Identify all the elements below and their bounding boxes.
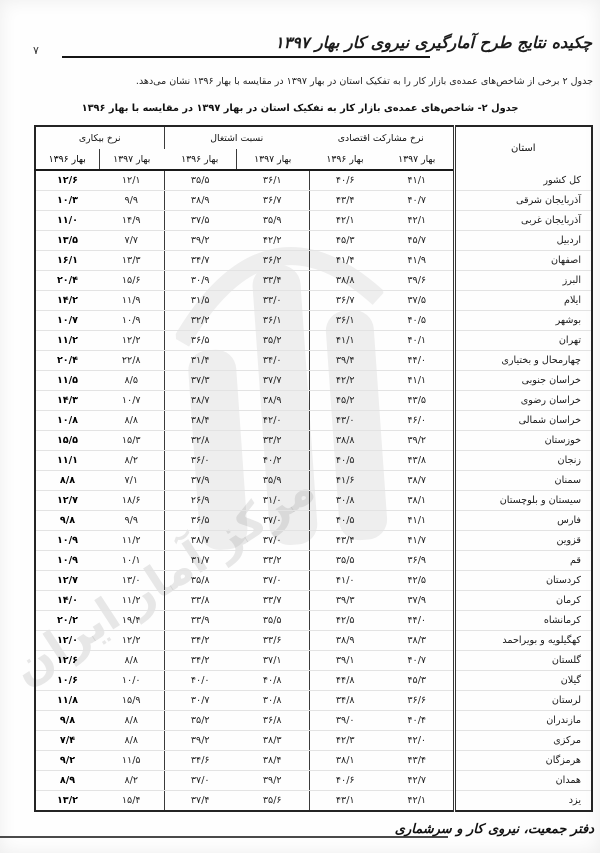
province-name: اصفهان (454, 251, 592, 271)
unemployment-1397: ۸/۸ (99, 651, 164, 671)
participation-1397: ۳۹/۶ (381, 271, 454, 291)
table-row: کرمانشاه ۴۴/۰ ۴۲/۵ ۳۵/۵ ۳۳/۹ ۱۹/۴ ۲۰/۲ (35, 611, 592, 631)
table-row: یزد ۴۲/۱ ۴۳/۱ ۳۵/۶ ۳۷/۴ ۱۵/۴ ۱۳/۲ (35, 791, 592, 812)
province-name: خراسان جنوبی (454, 371, 592, 391)
employment-1397: ۳۳/۶ (236, 631, 309, 651)
province-name: کرمان (454, 591, 592, 611)
participation-1396: ۴۲/۳ (309, 731, 381, 751)
employment-1396: ۳۴/۷ (164, 251, 236, 271)
unemployment-1396: ۱۱/۸ (35, 691, 99, 711)
employment-1396: ۳۵/۲ (164, 711, 236, 731)
employment-1396: ۳۹/۲ (164, 731, 236, 751)
subheader-employment-spring97: بهار ۱۳۹۷ (236, 149, 309, 170)
participation-1397: ۳۸/۱ (381, 491, 454, 511)
employment-1397: ۳۸/۴ (236, 751, 309, 771)
unemployment-1397: ۱۹/۴ (99, 611, 164, 631)
table-row: سمنان ۳۸/۷ ۴۱/۶ ۳۵/۹ ۳۷/۹ ۷/۱ ۸/۸ (35, 471, 592, 491)
subheader-unemployment-spring96: بهار ۱۳۹۶ (35, 149, 99, 170)
unemployment-1397: ۸/۸ (99, 711, 164, 731)
table-row: اردبیل ۴۵/۷ ۴۵/۳ ۴۲/۲ ۳۹/۲ ۷/۷ ۱۳/۵ (35, 231, 592, 251)
province-name: خوزستان (454, 431, 592, 451)
header-employment-ratio: نسبت اشتغال (164, 126, 309, 149)
employment-1397: ۳۳/۰ (236, 291, 309, 311)
province-name: اردبیل (454, 231, 592, 251)
employment-1397: ۳۳/۲ (236, 431, 309, 451)
participation-1397: ۴۲/۱ (381, 791, 454, 812)
participation-1397: ۴۱/۱ (381, 511, 454, 531)
table-row: مازندران ۴۰/۴ ۳۹/۰ ۳۶/۸ ۳۵/۲ ۸/۸ ۹/۸ (35, 711, 592, 731)
province-name: سمنان (454, 471, 592, 491)
employment-1397: ۳۶/۱ (236, 311, 309, 331)
table-row: کردستان ۴۲/۵ ۴۱/۰ ۳۷/۰ ۳۵/۸ ۱۳/۰ ۱۲/۷ (35, 571, 592, 591)
unemployment-1396: ۸/۹ (35, 771, 99, 791)
participation-1396: ۴۳/۱ (309, 791, 381, 812)
unemployment-1396: ۱۲/۷ (35, 571, 99, 591)
employment-1396: ۳۰/۹ (164, 271, 236, 291)
table-row: قزوین ۴۱/۷ ۴۳/۴ ۳۷/۰ ۳۸/۷ ۱۱/۲ ۱۰/۹ (35, 531, 592, 551)
province-name: چهارمحال و بختیاری (454, 351, 592, 371)
table-row: لرستان ۳۶/۶ ۳۴/۸ ۳۰/۸ ۳۰/۷ ۱۵/۹ ۱۱/۸ (35, 691, 592, 711)
table-row: گیلان ۴۵/۳ ۴۴/۸ ۴۰/۸ ۴۰/۰ ۱۰/۰ ۱۰/۶ (35, 671, 592, 691)
province-name: قم (454, 551, 592, 571)
employment-1396: ۳۲/۲ (164, 311, 236, 331)
participation-1396: ۴۵/۳ (309, 231, 381, 251)
participation-1397: ۴۶/۰ (381, 411, 454, 431)
table-row: البرز ۳۹/۶ ۳۸/۸ ۳۳/۴ ۳۰/۹ ۱۵/۶ ۲۰/۴ (35, 271, 592, 291)
province-name: لرستان (454, 691, 592, 711)
unemployment-1396: ۱۰/۹ (35, 531, 99, 551)
participation-1396: ۳۶/۱ (309, 311, 381, 331)
employment-1397: ۳۵/۹ (236, 471, 309, 491)
participation-1396: ۳۹/۳ (309, 591, 381, 611)
participation-1397: ۴۴/۰ (381, 611, 454, 631)
employment-1397: ۳۱/۰ (236, 491, 309, 511)
unemployment-1397: ۹/۹ (99, 511, 164, 531)
participation-1396: ۳۸/۱ (309, 751, 381, 771)
unemployment-1397: ۱۴/۹ (99, 211, 164, 231)
header-participation-rate: نرخ مشارکت اقتصادی (309, 126, 454, 149)
table-row: گلستان ۴۰/۷ ۳۹/۱ ۳۷/۱ ۳۴/۲ ۸/۸ ۱۲/۶ (35, 651, 592, 671)
unemployment-1396: ۱۶/۱ (35, 251, 99, 271)
employment-1397: ۴۰/۸ (236, 671, 309, 691)
employment-1397: ۴۲/۲ (236, 231, 309, 251)
employment-1397: ۳۷/۱ (236, 651, 309, 671)
employment-1396: ۳۱/۷ (164, 551, 236, 571)
employment-1397: ۳۶/۷ (236, 191, 309, 211)
province-name: قزوین (454, 531, 592, 551)
employment-1396: ۴۰/۰ (164, 671, 236, 691)
participation-1397: ۴۰/۱ (381, 331, 454, 351)
unemployment-1396: ۱۱/۰ (35, 211, 99, 231)
province-name: البرز (454, 271, 592, 291)
employment-1397: ۳۳/۴ (236, 271, 309, 291)
table-row: هرمزگان ۴۳/۴ ۳۸/۱ ۳۸/۴ ۳۴/۶ ۱۱/۵ ۹/۲ (35, 751, 592, 771)
participation-1397: ۳۶/۹ (381, 551, 454, 571)
province-name: کرمانشاه (454, 611, 592, 631)
province-name: کل کشور (454, 170, 592, 191)
employment-1396: ۳۷/۴ (164, 791, 236, 812)
participation-1397: ۴۳/۴ (381, 751, 454, 771)
employment-1397: ۳۵/۵ (236, 611, 309, 631)
unemployment-1396: ۱۰/۸ (35, 411, 99, 431)
employment-1397: ۳۶/۸ (236, 711, 309, 731)
participation-1397: ۳۷/۹ (381, 591, 454, 611)
participation-1397: ۴۲/۷ (381, 771, 454, 791)
unemployment-1397: ۱۳/۰ (99, 571, 164, 591)
employment-1397: ۳۵/۲ (236, 331, 309, 351)
document-page: چکیده نتایج طرح آمارگیری نیروی کار بهار … (0, 0, 600, 853)
unemployment-1397: ۱۵/۳ (99, 431, 164, 451)
participation-1396: ۳۸/۹ (309, 631, 381, 651)
unemployment-1396: ۱۰/۳ (35, 191, 99, 211)
participation-1396: ۴۱/۴ (309, 251, 381, 271)
table-row: خراسان رضوی ۴۳/۵ ۴۵/۲ ۳۸/۹ ۳۸/۷ ۱۰/۷ ۱۴/… (35, 391, 592, 411)
employment-1397: ۳۸/۳ (236, 731, 309, 751)
participation-1396: ۳۹/۰ (309, 711, 381, 731)
unemployment-1396: ۹/۲ (35, 751, 99, 771)
unemployment-1396: ۱۰/۷ (35, 311, 99, 331)
document-title: چکیده نتایج طرح آمارگیری نیروی کار بهار … (160, 33, 592, 52)
footer-rule (0, 836, 448, 838)
employment-1396: ۳۳/۹ (164, 611, 236, 631)
participation-1396: ۴۳/۰ (309, 411, 381, 431)
participation-1397: ۴۱/۹ (381, 251, 454, 271)
unemployment-1396: ۱۴/۰ (35, 591, 99, 611)
unemployment-1396: ۱۴/۳ (35, 391, 99, 411)
employment-1396: ۳۴/۲ (164, 631, 236, 651)
participation-1396: ۴۲/۲ (309, 371, 381, 391)
employment-1396: ۳۵/۸ (164, 571, 236, 591)
participation-1396: ۳۹/۱ (309, 651, 381, 671)
participation-1397: ۴۲/۵ (381, 571, 454, 591)
participation-1397: ۴۱/۱ (381, 371, 454, 391)
participation-1397: ۴۵/۷ (381, 231, 454, 251)
employment-1397: ۳۷/۷ (236, 371, 309, 391)
employment-1396: ۳۱/۴ (164, 351, 236, 371)
employment-1397: ۳۳/۷ (236, 591, 309, 611)
employment-1396: ۳۸/۴ (164, 411, 236, 431)
table-caption: جدول ۲- شاخص‌های عمده‌ی بازار کار به تفک… (0, 103, 600, 114)
table-body: کل کشور ۴۱/۱ ۴۰/۶ ۳۶/۱ ۳۵/۵ ۱۲/۱ ۱۲/۶ آذ… (35, 170, 592, 811)
unemployment-1397: ۱۱/۲ (99, 531, 164, 551)
unemployment-1396: ۷/۴ (35, 731, 99, 751)
subheader-unemployment-spring97: بهار ۱۳۹۷ (99, 149, 164, 170)
indicators-table-wrap: استان نرخ مشارکت اقتصادی نسبت اشتغال نرخ… (34, 125, 593, 812)
header-rule (62, 56, 430, 58)
employment-1397: ۳۵/۹ (236, 211, 309, 231)
participation-1396: ۴۰/۵ (309, 451, 381, 471)
unemployment-1396: ۱۱/۲ (35, 331, 99, 351)
subheader-participation-spring97: بهار ۱۳۹۷ (381, 149, 454, 170)
employment-1396: ۳۹/۲ (164, 231, 236, 251)
intro-paragraph: جدول ۲ برخی از شاخص‌های عمده‌ی بازار کار… (7, 76, 593, 87)
unemployment-1397: ۱۰/۰ (99, 671, 164, 691)
province-name: زنجان (454, 451, 592, 471)
province-name: سیستان و بلوچستان (454, 491, 592, 511)
province-name: آذربایجان غربی (454, 211, 592, 231)
unemployment-1397: ۹/۹ (99, 191, 164, 211)
table-row: بوشهر ۴۰/۵ ۳۶/۱ ۳۶/۱ ۳۲/۲ ۱۰/۹ ۱۰/۷ (35, 311, 592, 331)
employment-1396: ۳۴/۶ (164, 751, 236, 771)
province-name: یزد (454, 791, 592, 812)
unemployment-1397: ۱۱/۵ (99, 751, 164, 771)
province-name: آذربایجان شرقی (454, 191, 592, 211)
table-row: ایلام ۳۷/۵ ۳۶/۷ ۳۳/۰ ۳۱/۵ ۱۱/۹ ۱۴/۲ (35, 291, 592, 311)
unemployment-1396: ۱۰/۶ (35, 671, 99, 691)
province-name: مرکزی (454, 731, 592, 751)
unemployment-1396: ۱۳/۲ (35, 791, 99, 812)
employment-1396: ۳۷/۰ (164, 771, 236, 791)
table-row: کل کشور ۴۱/۱ ۴۰/۶ ۳۶/۱ ۳۵/۵ ۱۲/۱ ۱۲/۶ (35, 170, 592, 191)
footer-office-name: دفتر جمعیت، نیروی کار و سرشماری (452, 822, 594, 837)
unemployment-1396: ۸/۸ (35, 471, 99, 491)
province-name: همدان (454, 771, 592, 791)
province-name: خراسان شمالی (454, 411, 592, 431)
participation-1396: ۴۴/۸ (309, 671, 381, 691)
employment-1397: ۳۵/۶ (236, 791, 309, 812)
participation-1396: ۴۲/۱ (309, 211, 381, 231)
participation-1397: ۳۶/۶ (381, 691, 454, 711)
unemployment-1397: ۱۵/۶ (99, 271, 164, 291)
table-row: اصفهان ۴۱/۹ ۴۱/۴ ۳۶/۲ ۳۴/۷ ۱۳/۳ ۱۶/۱ (35, 251, 592, 271)
province-name: مازندران (454, 711, 592, 731)
table-row: خراسان شمالی ۴۶/۰ ۴۳/۰ ۴۲/۰ ۳۸/۴ ۸/۸ ۱۰/… (35, 411, 592, 431)
unemployment-1397: ۱۸/۶ (99, 491, 164, 511)
province-name: فارس (454, 511, 592, 531)
employment-1397: ۳۷/۰ (236, 531, 309, 551)
unemployment-1396: ۹/۸ (35, 511, 99, 531)
province-name: ایلام (454, 291, 592, 311)
unemployment-1397: ۸/۲ (99, 451, 164, 471)
participation-1397: ۴۰/۵ (381, 311, 454, 331)
unemployment-1397: ۱۳/۳ (99, 251, 164, 271)
unemployment-1396: ۲۰/۲ (35, 611, 99, 631)
unemployment-1397: ۱۵/۹ (99, 691, 164, 711)
employment-1397: ۳۳/۲ (236, 551, 309, 571)
unemployment-1397: ۱۰/۷ (99, 391, 164, 411)
province-name: گلستان (454, 651, 592, 671)
table-row: خراسان جنوبی ۴۱/۱ ۴۲/۲ ۳۷/۷ ۳۷/۳ ۸/۵ ۱۱/… (35, 371, 592, 391)
employment-1396: ۳۳/۸ (164, 591, 236, 611)
participation-1396: ۴۱/۶ (309, 471, 381, 491)
unemployment-1397: ۱۰/۹ (99, 311, 164, 331)
employment-1396: ۳۸/۹ (164, 191, 236, 211)
table-row: مرکزی ۴۲/۰ ۴۲/۳ ۳۸/۳ ۳۹/۲ ۸/۸ ۷/۴ (35, 731, 592, 751)
participation-1397: ۴۲/۱ (381, 211, 454, 231)
participation-1396: ۳۸/۸ (309, 271, 381, 291)
table-row: خوزستان ۳۹/۲ ۳۸/۸ ۳۳/۲ ۳۲/۸ ۱۵/۳ ۱۵/۵ (35, 431, 592, 451)
employment-1397: ۳۰/۸ (236, 691, 309, 711)
participation-1396: ۴۳/۴ (309, 531, 381, 551)
unemployment-1396: ۲۰/۴ (35, 351, 99, 371)
participation-1396: ۴۰/۶ (309, 771, 381, 791)
labour-indicators-table: استان نرخ مشارکت اقتصادی نسبت اشتغال نرخ… (34, 125, 593, 812)
unemployment-1396: ۱۳/۵ (35, 231, 99, 251)
unemployment-1397: ۱۱/۹ (99, 291, 164, 311)
employment-1396: ۳۶/۵ (164, 511, 236, 531)
unemployment-1397: ۱۲/۲ (99, 331, 164, 351)
employment-1397: ۳۸/۹ (236, 391, 309, 411)
province-name: هرمزگان (454, 751, 592, 771)
employment-1396: ۳۸/۷ (164, 531, 236, 551)
participation-1396: ۳۸/۸ (309, 431, 381, 451)
unemployment-1397: ۸/۲ (99, 771, 164, 791)
participation-1397: ۴۱/۷ (381, 531, 454, 551)
header-unemployment-rate: نرخ بیکاری (35, 126, 164, 149)
subheader-employment-spring96: بهار ۱۳۹۶ (164, 149, 236, 170)
participation-1396: ۳۰/۸ (309, 491, 381, 511)
employment-1396: ۳۵/۵ (164, 170, 236, 191)
unemployment-1396: ۱۲/۰ (35, 631, 99, 651)
table-row: همدان ۴۲/۷ ۴۰/۶ ۳۹/۲ ۳۷/۰ ۸/۲ ۸/۹ (35, 771, 592, 791)
participation-1397: ۴۲/۰ (381, 731, 454, 751)
participation-1397: ۴۳/۸ (381, 451, 454, 471)
province-name: گیلان (454, 671, 592, 691)
unemployment-1396: ۱۵/۵ (35, 431, 99, 451)
unemployment-1396: ۱۲/۶ (35, 170, 99, 191)
unemployment-1397: ۱۲/۱ (99, 170, 164, 191)
province-name: کهگیلویه و بویراحمد (454, 631, 592, 651)
participation-1397: ۴۰/۷ (381, 191, 454, 211)
unemployment-1397: ۱۱/۲ (99, 591, 164, 611)
participation-1397: ۴۴/۰ (381, 351, 454, 371)
employment-1396: ۳۷/۳ (164, 371, 236, 391)
unemployment-1396: ۱۱/۱ (35, 451, 99, 471)
employment-1396: ۳۸/۷ (164, 391, 236, 411)
participation-1396: ۴۱/۰ (309, 571, 381, 591)
participation-1396: ۳۹/۴ (309, 351, 381, 371)
participation-1396: ۴۰/۵ (309, 511, 381, 531)
unemployment-1397: ۱۲/۲ (99, 631, 164, 651)
unemployment-1397: ۸/۸ (99, 411, 164, 431)
participation-1396: ۴۳/۴ (309, 191, 381, 211)
province-name: خراسان رضوی (454, 391, 592, 411)
participation-1396: ۳۴/۸ (309, 691, 381, 711)
participation-1397: ۳۹/۲ (381, 431, 454, 451)
participation-1397: ۳۸/۳ (381, 631, 454, 651)
employment-1397: ۳۶/۲ (236, 251, 309, 271)
unemployment-1396: ۱۰/۹ (35, 551, 99, 571)
employment-1396: ۳۰/۷ (164, 691, 236, 711)
participation-1396: ۴۱/۱ (309, 331, 381, 351)
table-row: قم ۳۶/۹ ۳۵/۵ ۳۳/۲ ۳۱/۷ ۱۰/۱ ۱۰/۹ (35, 551, 592, 571)
participation-1397: ۴۰/۷ (381, 651, 454, 671)
table-row: کرمان ۳۷/۹ ۳۹/۳ ۳۳/۷ ۳۳/۸ ۱۱/۲ ۱۴/۰ (35, 591, 592, 611)
unemployment-1397: ۸/۵ (99, 371, 164, 391)
province-name: تهران (454, 331, 592, 351)
employment-1396: ۳۷/۵ (164, 211, 236, 231)
employment-1396: ۳۱/۵ (164, 291, 236, 311)
subheader-participation-spring96: بهار ۱۳۹۶ (309, 149, 381, 170)
unemployment-1397: ۲۲/۸ (99, 351, 164, 371)
table-row: آذربایجان غربی ۴۲/۱ ۴۲/۱ ۳۵/۹ ۳۷/۵ ۱۴/۹ … (35, 211, 592, 231)
participation-1397: ۴۰/۴ (381, 711, 454, 731)
participation-1396: ۳۵/۵ (309, 551, 381, 571)
employment-1396: ۳۴/۲ (164, 651, 236, 671)
header-province: استان (454, 126, 592, 170)
unemployment-1397: ۷/۷ (99, 231, 164, 251)
unemployment-1397: ۷/۱ (99, 471, 164, 491)
employment-1397: ۴۰/۲ (236, 451, 309, 471)
participation-1396: ۴۲/۵ (309, 611, 381, 631)
participation-1397: ۴۵/۳ (381, 671, 454, 691)
employment-1397: ۳۷/۰ (236, 571, 309, 591)
table-row: آذربایجان شرقی ۴۰/۷ ۴۳/۴ ۳۶/۷ ۳۸/۹ ۹/۹ ۱… (35, 191, 592, 211)
unemployment-1397: ۸/۸ (99, 731, 164, 751)
unemployment-1396: ۹/۸ (35, 711, 99, 731)
employment-1396: ۳۶/۰ (164, 451, 236, 471)
unemployment-1396: ۱۱/۵ (35, 371, 99, 391)
table-row: کهگیلویه و بویراحمد ۳۸/۳ ۳۸/۹ ۳۳/۶ ۳۴/۲ … (35, 631, 592, 651)
table-row: چهارمحال و بختیاری ۴۴/۰ ۳۹/۴ ۳۴/۰ ۳۱/۴ ۲… (35, 351, 592, 371)
participation-1397: ۴۳/۵ (381, 391, 454, 411)
table-row: فارس ۴۱/۱ ۴۰/۵ ۳۷/۰ ۳۶/۵ ۹/۹ ۹/۸ (35, 511, 592, 531)
participation-1397: ۳۷/۵ (381, 291, 454, 311)
employment-1397: ۳۴/۰ (236, 351, 309, 371)
unemployment-1396: ۱۲/۷ (35, 491, 99, 511)
table-row: زنجان ۴۳/۸ ۴۰/۵ ۴۰/۲ ۳۶/۰ ۸/۲ ۱۱/۱ (35, 451, 592, 471)
employment-1397: ۳۹/۲ (236, 771, 309, 791)
unemployment-1396: ۲۰/۴ (35, 271, 99, 291)
province-name: بوشهر (454, 311, 592, 331)
table-row: تهران ۴۰/۱ ۴۱/۱ ۳۵/۲ ۳۶/۵ ۱۲/۲ ۱۱/۲ (35, 331, 592, 351)
participation-1397: ۴۱/۱ (381, 170, 454, 191)
unemployment-1396: ۱۴/۲ (35, 291, 99, 311)
unemployment-1397: ۱۵/۴ (99, 791, 164, 812)
participation-1397: ۳۸/۷ (381, 471, 454, 491)
employment-1397: ۳۶/۱ (236, 170, 309, 191)
participation-1396: ۳۶/۷ (309, 291, 381, 311)
participation-1396: ۴۰/۶ (309, 170, 381, 191)
table-header: استان نرخ مشارکت اقتصادی نسبت اشتغال نرخ… (35, 126, 592, 170)
participation-1396: ۴۵/۲ (309, 391, 381, 411)
employment-1397: ۴۲/۰ (236, 411, 309, 431)
employment-1396: ۳۷/۹ (164, 471, 236, 491)
employment-1396: ۳۲/۸ (164, 431, 236, 451)
unemployment-1397: ۱۰/۱ (99, 551, 164, 571)
unemployment-1396: ۱۲/۶ (35, 651, 99, 671)
page-number: ۷ (33, 44, 39, 57)
employment-1396: ۲۶/۹ (164, 491, 236, 511)
province-name: کردستان (454, 571, 592, 591)
employment-1397: ۳۷/۰ (236, 511, 309, 531)
table-row: سیستان و بلوچستان ۳۸/۱ ۳۰/۸ ۳۱/۰ ۲۶/۹ ۱۸… (35, 491, 592, 511)
employment-1396: ۳۶/۵ (164, 331, 236, 351)
